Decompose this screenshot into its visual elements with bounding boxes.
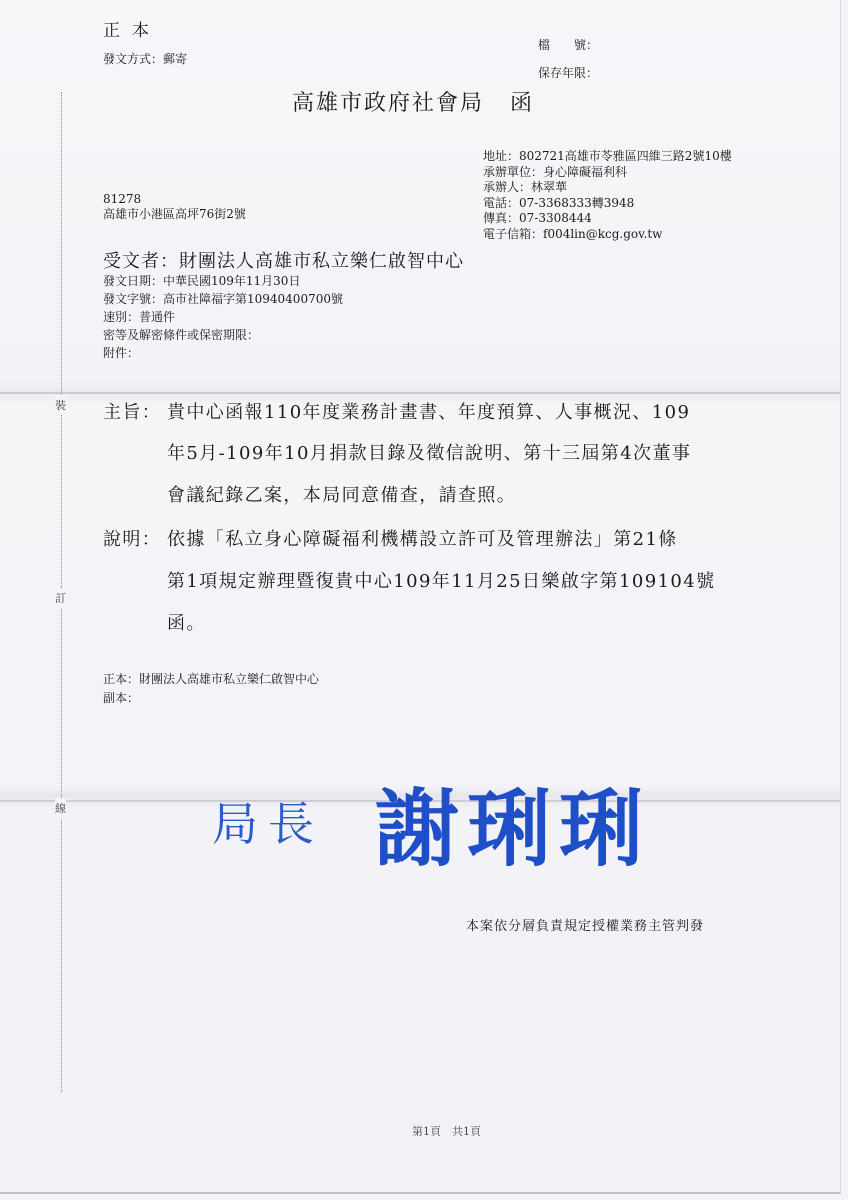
send-method: 發文方式：郵寄 [103,52,187,67]
document-meta: 發文日期：中華民國109年11月30日 發文字號：高市社障福字第10940400… [103,274,343,364]
attachments: 附件： [103,346,343,364]
sender-address: 地址：802721高雄市苓雅區四維三路2號10樓 [483,149,732,165]
handling-unit: 承辦單位：身心障礙福利科 [483,165,732,181]
subject-line: 貴中心函報110年度業務計畫書、年度預算、人事概況、109 [167,398,690,424]
signature-title: 局長 [212,788,324,854]
page-number: 第1頁 共1頁 [412,1123,481,1139]
document-number: 發文字號：高市社障福字第10940400700號 [103,292,343,310]
security-level: 密等及解密條件或保密期限： [103,328,343,346]
recipient-street: 高雄市小港區高坪76街2號 [103,207,246,222]
subject-line: 年5月-109年10月捐款目錄及徵信說明、第十三屆第4次董事 [167,439,691,465]
delegation-note: 本案依分層負責規定授權業務主管判發 [466,915,704,934]
recipient-address-block: 81278 高雄市小港區高坪76街2號 [103,192,246,222]
email: 電子信箱：f004lin@kcg.gov.tw [483,227,732,243]
explanation-label: 說明： [103,525,161,551]
speed-class: 速別：普通件 [103,310,343,328]
copy-recipient: 副本： [103,691,319,710]
fax: 傳真：07-3308444 [483,211,732,227]
binding-mark: 訂 [55,588,66,608]
handler-name: 承辦人：林翠華 [483,180,732,196]
subject-label: 主旨： [103,398,161,424]
document-title: 高雄市政府社會局函 [292,86,534,117]
subject-line: 會議紀錄乙案，本局同意備查，請查照。 [167,481,516,507]
sender-contact-block: 地址：802721高雄市苓雅區四維三路2號10樓 承辦單位：身心障礙福利科 承辦… [483,149,732,242]
agency-name: 高雄市政府社會局 [292,91,484,116]
document-page: 正本 發文方式：郵寄 檔 號： 保存年限： 高雄市政府社會局函 地址：80272… [0,0,841,1194]
retention-period-label: 保存年限： [538,66,598,81]
document-type: 函 [510,91,534,116]
fold-crease [0,392,840,394]
copy-type: 正本 [103,16,161,41]
explanation-line: 函。 [167,609,206,635]
postal-code: 81278 [103,192,246,207]
binding-mark: 裝 [55,395,66,415]
distribution-block: 正本：財團法人高雄市私立樂仁啟智中心 副本： [103,672,319,710]
issue-date: 發文日期：中華民國109年11月30日 [103,274,343,292]
explanation-line: 依據「私立身心障礙福利機構設立許可及管理辦法」第21條 [167,525,678,551]
explanation-line: 第1項規定辦理暨復貴中心109年11月25日樂啟字第109104號 [167,567,716,593]
recipient: 受文者：財團法人高雄市私立樂仁啟智中心 [103,247,464,273]
signature-stamp: 謝琍琍 [375,762,651,883]
file-number-label: 檔 號： [538,38,598,53]
original-recipient: 正本：財團法人高雄市私立樂仁啟智中心 [103,672,319,691]
phone: 電話：07-3368333轉3948 [483,196,732,212]
binding-mark: 線 [55,798,66,818]
